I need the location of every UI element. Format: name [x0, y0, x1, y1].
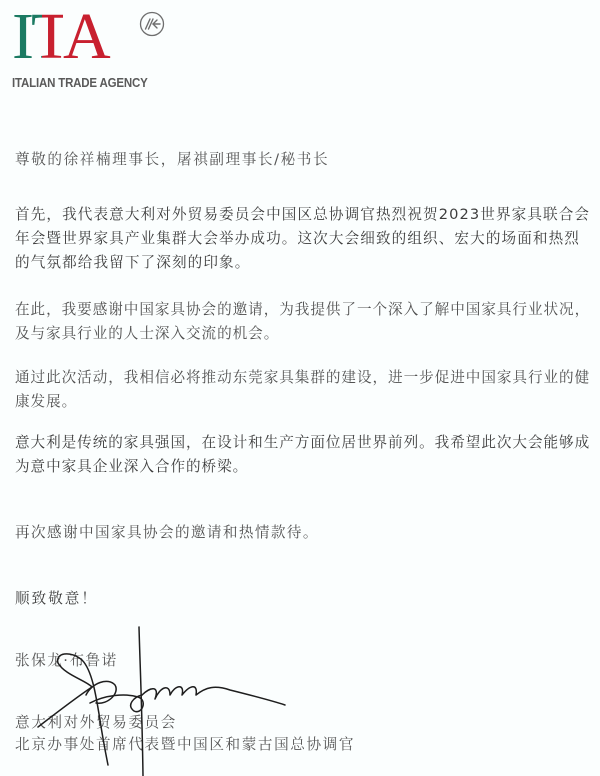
signer-name: 张保龙·布鲁诺	[15, 649, 593, 673]
closing: 顺致敬意！	[15, 587, 593, 611]
salutation: 尊敬的徐祥楠理事长，屠祺副理事长/秘书长	[15, 148, 593, 172]
signer-org-line-1: 意大利对外贸易委员会	[15, 714, 177, 731]
ita-arrow-circle-icon	[139, 11, 165, 37]
logo-letter-i: I	[12, 0, 31, 73]
paragraph-italy-furniture: 意大利是传统的家具强国，在设计和生产方面位居世界前列。我希望此次大会能够成为意中…	[15, 431, 593, 479]
paragraph-cluster-development: 通过此次活动，我相信必将推动东莞家具集群的建设，进一步促进中国家具行业的健康发展…	[15, 366, 593, 414]
logo-letter-t: T	[31, 0, 63, 73]
ita-logo: ITA ITALIAN TRADE AGENCY	[12, 6, 182, 96]
paragraph-congratulations: 首先，我代表意大利对外贸易委员会中国区总协调官热烈祝贺2023世界家具联合会年会…	[15, 203, 593, 275]
paragraph-thanks-again: 再次感谢中国家具协会的邀请和热情款待。	[15, 521, 593, 545]
logo-wordmark: ITA	[12, 6, 108, 68]
signer-org-line-2: 北京办事处首席代表暨中国区和蒙古国总协调官	[15, 736, 355, 753]
logo-letter-a: A	[63, 0, 108, 73]
signer-organization: 意大利对外贸易委员会北京办事处首席代表暨中国区和蒙古国总协调官	[15, 712, 593, 756]
paragraph-thanks-invitation: 在此，我要感谢中国家具协会的邀请，为我提供了一个深入了解中国家具行业状况，及与家…	[15, 298, 593, 346]
agency-name: ITALIAN TRADE AGENCY	[12, 76, 148, 90]
